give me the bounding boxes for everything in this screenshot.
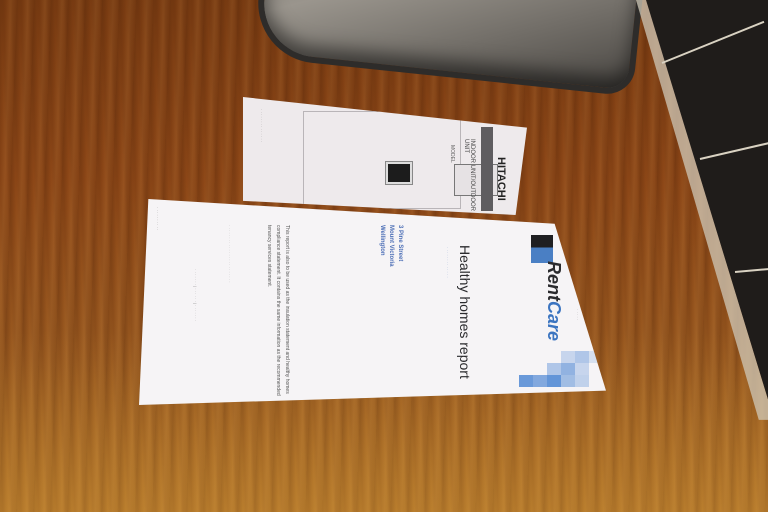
hitachi-notes-text: · · · · · · · · · · · · · ·	[259, 109, 264, 142]
address-line: Mount Victoria	[386, 225, 395, 267]
hitachi-title: INDOOR UNIT/OUTDOOR UNIT	[463, 139, 475, 215]
rentcare-blue-pattern-decoration	[519, 347, 601, 387]
rentcare-contact-line: · · · · · · · | · · · · · · | · · · · · …	[193, 269, 198, 321]
rentcare-logo-mark	[531, 235, 553, 263]
rentcare-logo-care: Care	[544, 301, 564, 341]
address-line: Wellington	[377, 225, 386, 267]
indoor-unit-illustration	[386, 162, 412, 184]
hitachi-brand-logo: HITACHI	[495, 157, 507, 201]
rentcare-date: · · · · ·	[575, 309, 580, 320]
rentcare-logo: RentCare	[543, 261, 564, 341]
rentcare-report-title: Healthy homes report	[457, 245, 473, 379]
rentcare-body-text: This report is also to be used as the in…	[247, 225, 291, 405]
hitachi-model-label: MODEL	[449, 145, 455, 163]
rentcare-logo-rent: Rent	[544, 261, 564, 301]
photo-scene: · · · · · · · · · · · · · · MODEL INDOOR…	[0, 0, 768, 512]
rentcare-side-text: · · · · · · · · · ·	[155, 207, 160, 230]
rentcare-subtitle: · · · · · · · · · · · · ·	[445, 247, 450, 278]
address-line: 3 Pine Street	[395, 225, 404, 267]
hitachi-diagram-frame	[303, 111, 461, 209]
rentcare-fine-print: · · · · · · · · · · · · · · · · · · · · …	[227, 225, 232, 283]
hitachi-header-band	[481, 127, 493, 211]
rentcare-address: 3 Pine Street Mount Victoria Wellington	[377, 225, 404, 267]
rentcare-report-sheet: · · · · · · · · · · · · · · · · · | · · …	[139, 199, 606, 405]
